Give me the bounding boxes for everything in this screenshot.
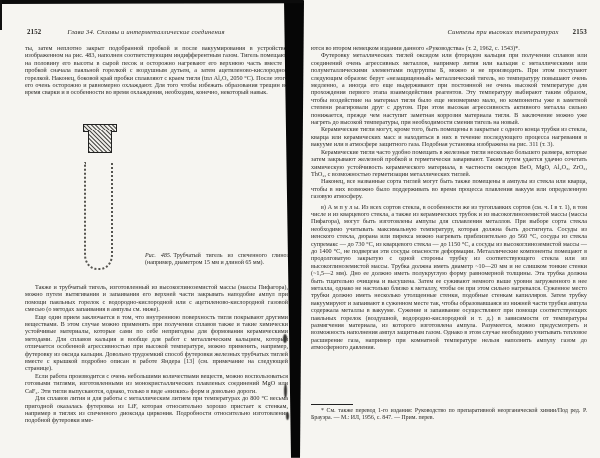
body-paragraph: Футеровку металлических тиглей оксидом и… bbox=[311, 52, 587, 126]
right-running-title: Синтезы при высоких температурах bbox=[448, 29, 559, 36]
body-paragraph: Наконец, все названные сорта тиглей могу… bbox=[311, 178, 587, 200]
figure-caption: Рис. 485.Трубчатый тигель из спеченного … bbox=[145, 253, 298, 267]
left-page-header: 2152 Глава 34. Сплавы и интерметаллическ… bbox=[27, 29, 287, 36]
body-paragraph: Керамические тигли могут, кроме того, бы… bbox=[311, 126, 587, 148]
body-paragraph-ampoules: в) А м п у л ы. Из всех сортов стекла, в… bbox=[311, 204, 587, 352]
body-paragraph: Для сплавов лития и для работы с металли… bbox=[25, 395, 288, 425]
right-page-header: Синтезы при высоких температурах 2153 bbox=[311, 29, 587, 36]
figure-crucible: Рис. 485.Трубчатый тигель из спеченного … bbox=[25, 110, 288, 282]
crucible-stopper-icon bbox=[83, 124, 117, 153]
crucible-tube-icon bbox=[84, 162, 113, 270]
left-page-number: 2152 bbox=[27, 29, 41, 36]
left-column-top: ты, затем неплотно закрыт подобранной пр… bbox=[25, 45, 288, 97]
footnote-rule bbox=[311, 404, 353, 405]
right-column: ются во втором немецком издании данного … bbox=[311, 45, 587, 352]
book-spread-scan: 2152 Глава 34. Сплавы и интерметаллическ… bbox=[0, 0, 600, 458]
body-paragraph: Еще один прием заключается в том, что вн… bbox=[25, 314, 288, 373]
body-paragraph: ты, затем неплотно закрыт подобранной пр… bbox=[25, 45, 288, 97]
left-column-bottom: Также и трубчатый тигель, изготовленный … bbox=[25, 284, 288, 425]
right-page-number: 2153 bbox=[573, 29, 587, 36]
scan-edge-top bbox=[0, 0, 303, 4]
scan-edge-left bbox=[0, 0, 2, 30]
footnote-text: * См. также перевод 1-го издания: Руково… bbox=[311, 408, 587, 422]
body-paragraph: ются во втором немецком издании данного … bbox=[311, 45, 587, 52]
body-paragraph: Керамические тигли часто удобно помещать… bbox=[311, 149, 587, 179]
stopper-body bbox=[88, 130, 112, 153]
figure-caption-label: Рис. 485. bbox=[145, 253, 171, 259]
body-paragraph: Если работа производится с очень небольш… bbox=[25, 373, 288, 395]
left-running-title: Глава 34. Сплавы и интерметаллические со… bbox=[67, 29, 224, 36]
body-paragraph: Также и трубчатый тигель, изготовленный … bbox=[25, 284, 288, 314]
footnote-block: * См. также перевод 1-го издания: Руково… bbox=[311, 404, 587, 422]
